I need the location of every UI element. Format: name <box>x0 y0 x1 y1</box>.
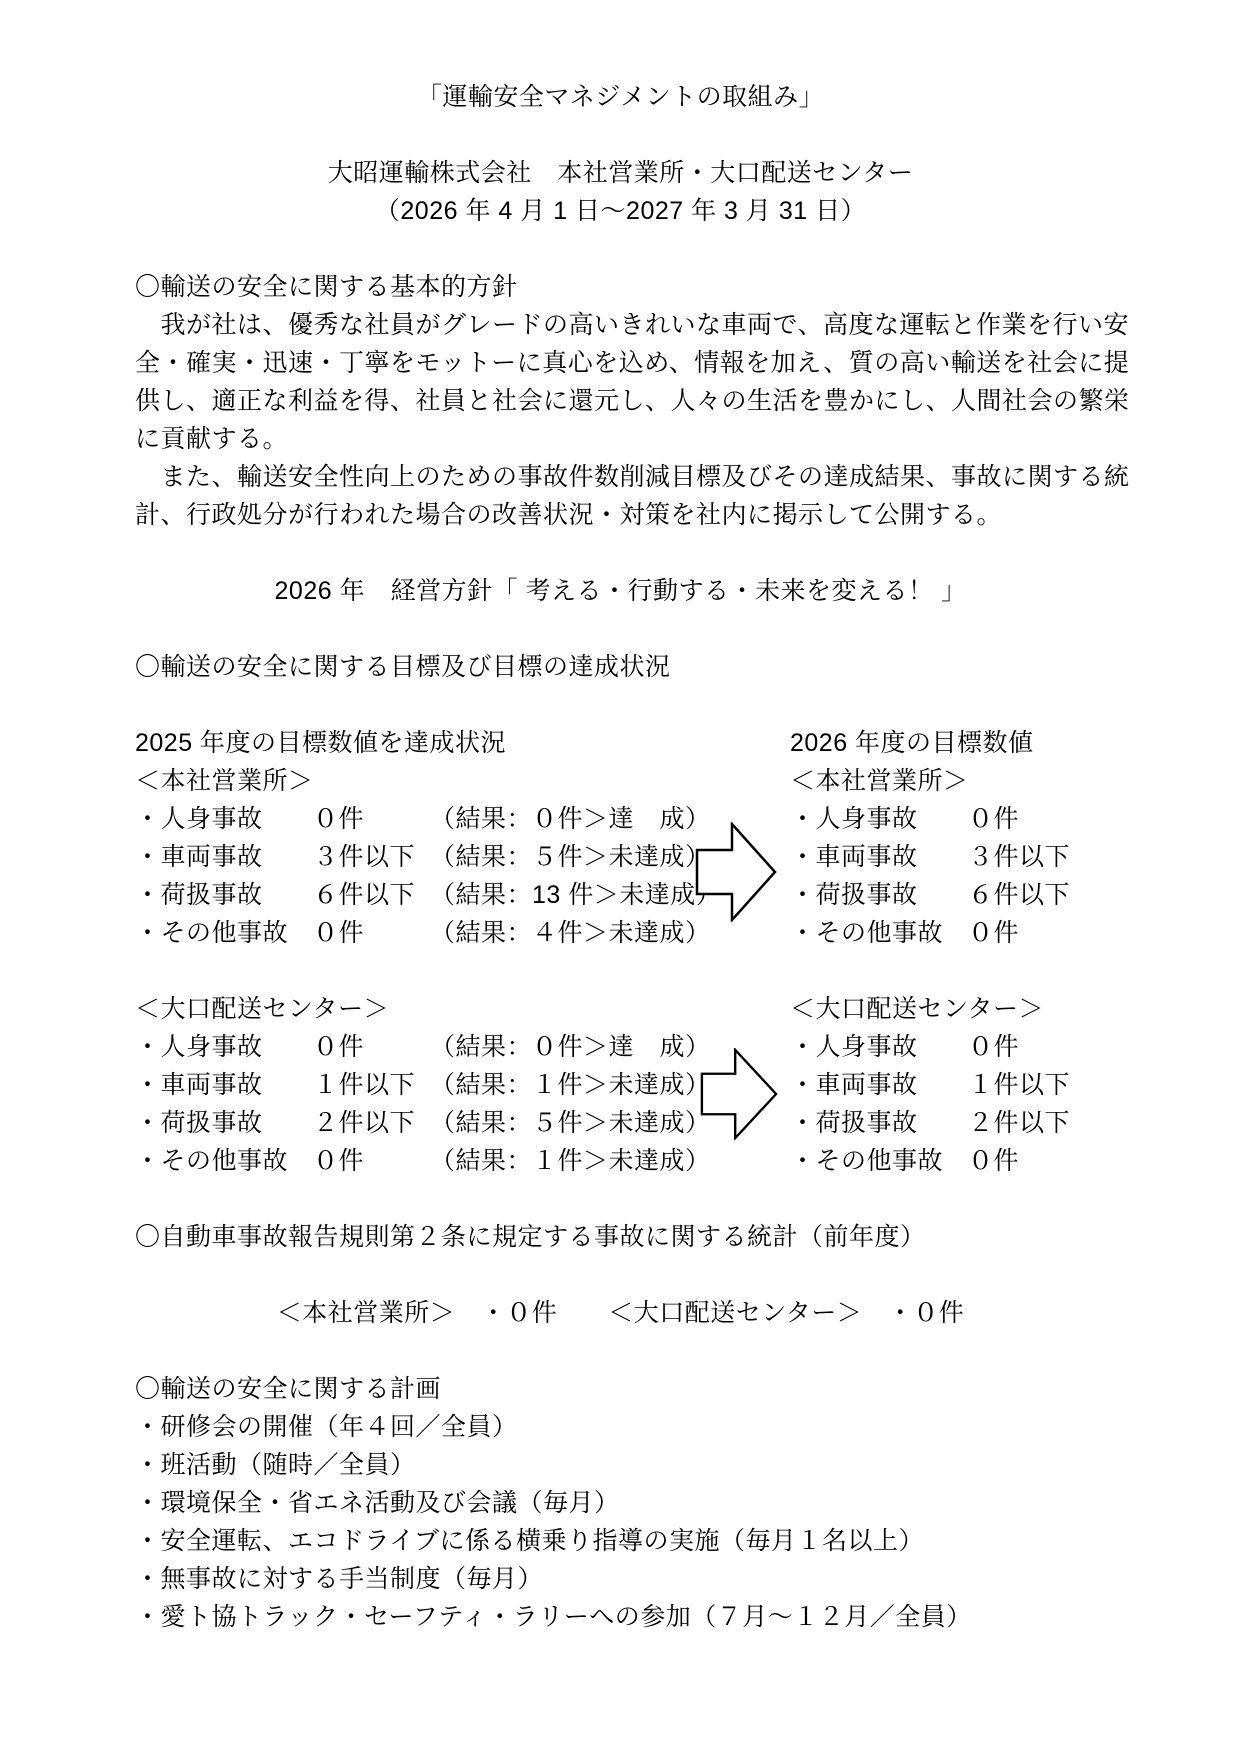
target-value: ０件 <box>313 800 430 838</box>
site-header-row: ＜大口配送センター＞ ＜大口配送センター＞ <box>0 990 1241 1028</box>
target-value: １件以下 <box>313 1066 430 1104</box>
policy-paragraph-line: 計、行政処分が行われた場合の改善状況・対策を社内に掲示して公開する。 <box>0 496 1241 534</box>
target-row: ・その他事故 ０件 （結果：４件＞未達成） ・その他事故 ０件 <box>0 914 1241 952</box>
result-value: （結果：５件＞未達成） <box>430 838 683 876</box>
result-value: （結果：０件＞達 成） <box>430 800 683 838</box>
next-target-value: ０件 <box>968 1028 1241 1066</box>
site-name-left: ＜本社営業所＞ <box>135 762 683 800</box>
accident-type-label: ・車両事故 <box>135 838 313 876</box>
next-target-value: ３件以下 <box>968 838 1241 876</box>
site-header-row: ＜本社営業所＞ ＜本社営業所＞ <box>0 762 1241 800</box>
next-target-value: ２件以下 <box>968 1104 1241 1142</box>
spacer <box>0 1180 1241 1218</box>
next-accident-type-label: ・荷扱事故 <box>790 876 968 914</box>
site-name-right: ＜大口配送センター＞ <box>790 990 1241 1028</box>
accident-type-label: ・車両事故 <box>135 1066 313 1104</box>
result-value: （結果：１件＞未達成） <box>430 1142 683 1180</box>
accident-type-label: ・荷扱事故 <box>135 876 313 914</box>
policy-paragraph-line: に貢献する。 <box>0 420 1241 458</box>
target-row: ・その他事故 ０件 （結果：１件＞未達成） ・その他事故 ０件 <box>0 1142 1241 1180</box>
targets-column-headers: 2025 年度の目標数値を達成状況 2026 年度の目標数値 <box>0 724 1241 762</box>
target-value: ０件 <box>313 914 430 952</box>
result-value: （結果：０件＞達 成） <box>430 1028 683 1066</box>
next-accident-type-label: ・車両事故 <box>790 838 968 876</box>
result-value: （結果：１件＞未達成） <box>430 1066 683 1104</box>
spacer <box>0 116 1241 154</box>
plan-heading: 〇輸送の安全に関する計画 <box>0 1370 1241 1408</box>
result-value: （結果：５件＞未達成） <box>430 1104 683 1142</box>
target-value: ６件以下 <box>313 876 430 914</box>
next-target-value: ６件以下 <box>968 876 1241 914</box>
spacer <box>0 1256 1241 1294</box>
next-target-value: ０件 <box>968 1142 1241 1180</box>
site-name-left: ＜大口配送センター＞ <box>135 990 683 1028</box>
spacer <box>0 610 1241 648</box>
next-accident-type-label: ・人身事故 <box>790 800 968 838</box>
target-row: ・車両事故 ３件以下 （結果：５件＞未達成） ・車両事故 ３件以下 <box>0 838 1241 876</box>
next-accident-type-label: ・車両事故 <box>790 1066 968 1104</box>
target-row: ・車両事故 １件以下 （結果：１件＞未達成） ・車両事故 １件以下 <box>0 1066 1241 1104</box>
slogan-line: 2026 年 経営方針「 考える・行動する・未来を変える！ 」 <box>0 572 1241 610</box>
target-row: ・荷扱事故 ２件以下 （結果：５件＞未達成） ・荷扱事故 ２件以下 <box>0 1104 1241 1142</box>
policy-paragraph-line: 全・確実・迅速・丁寧をモットーに真心を込め、情報を加え、質の高い輸送を社会に提 <box>0 344 1241 382</box>
targets-left-header: 2025 年度の目標数値を達成状況 <box>135 724 683 762</box>
result-value: （結果：４件＞未達成） <box>430 914 683 952</box>
target-value: ０件 <box>313 1142 430 1180</box>
plan-item: ・安全運転、エコドライブに係る横乗り指導の実施（毎月１名以上） <box>0 1522 1241 1560</box>
plan-item: ・研修会の開催（年４回／全員） <box>0 1408 1241 1446</box>
next-accident-type-label: ・その他事故 <box>790 1142 968 1180</box>
next-accident-type-label: ・人身事故 <box>790 1028 968 1066</box>
policy-paragraph-line: 我が社は、優秀な社員がグレードの高いきれいな車両で、高度な運転と作業を行い安 <box>0 306 1241 344</box>
next-target-value: ０件 <box>968 800 1241 838</box>
site-name-right: ＜本社営業所＞ <box>790 762 1241 800</box>
target-value: ０件 <box>313 1028 430 1066</box>
accident-type-label: ・荷扱事故 <box>135 1104 313 1142</box>
target-row: ・人身事故 ０件 （結果：０件＞達 成） ・人身事故 ０件 <box>0 1028 1241 1066</box>
plan-item: ・班活動（随時／全員） <box>0 1446 1241 1484</box>
next-accident-type-label: ・その他事故 <box>790 914 968 952</box>
result-value: （結果：13 件＞未達成） <box>430 876 683 914</box>
spacer <box>0 534 1241 572</box>
report-period: （2026 年 4 月 1 日～2027 年 3 月 31 日） <box>0 192 1241 230</box>
policy-paragraph-line: また、輸送安全性向上のための事故件数削減目標及びその達成結果、事故に関する統 <box>0 458 1241 496</box>
right-block-arrow-icon <box>695 822 777 922</box>
targets-heading: 〇輸送の安全に関する目標及び目標の達成状況 <box>0 648 1241 686</box>
plan-item: ・愛ト協トラック・セーフティ・ラリーへの参加（７月～１２月／全員） <box>0 1598 1241 1636</box>
next-target-value: １件以下 <box>968 1066 1241 1104</box>
target-row: ・荷扱事故 ６件以下 （結果：13 件＞未達成） ・荷扱事故 ６件以下 <box>0 876 1241 914</box>
company-name: 大昭運輸株式会社 本社営業所・大口配送センター <box>0 154 1241 192</box>
accident-type-label: ・その他事故 <box>135 1142 313 1180</box>
doc-title: 「運輸安全マネジメントの取組み」 <box>0 78 1241 116</box>
plan-item: ・無事故に対する手当制度（毎月） <box>0 1560 1241 1598</box>
right-block-arrow-icon <box>700 1048 778 1140</box>
accident-type-label: ・その他事故 <box>135 914 313 952</box>
document-page: 「運輸安全マネジメントの取組み」 大昭運輸株式会社 本社営業所・大口配送センター… <box>0 0 1241 1755</box>
spacer <box>0 952 1241 990</box>
next-target-value: ０件 <box>968 914 1241 952</box>
accident-type-label: ・人身事故 <box>135 800 313 838</box>
target-value: ２件以下 <box>313 1104 430 1142</box>
policy-paragraph-line: 供し、適正な利益を得、社員と社会に還元し、人々の生活を豊かにし、人間社会の繁栄 <box>0 382 1241 420</box>
spacer <box>0 686 1241 724</box>
statistics-heading: 〇自動車事故報告規則第２条に規定する事故に関する統計（前年度） <box>0 1218 1241 1256</box>
accident-type-label: ・人身事故 <box>135 1028 313 1066</box>
targets-right-header: 2026 年度の目標数値 <box>790 724 1241 762</box>
spacer <box>0 230 1241 268</box>
plan-item: ・環境保全・省エネ活動及び会議（毎月） <box>0 1484 1241 1522</box>
policy-heading: 〇輸送の安全に関する基本的方針 <box>0 268 1241 306</box>
next-accident-type-label: ・荷扱事故 <box>790 1104 968 1142</box>
statistics-values: ＜本社営業所＞ ・０件 ＜大口配送センター＞ ・０件 <box>0 1294 1241 1332</box>
target-value: ３件以下 <box>313 838 430 876</box>
target-row: ・人身事故 ０件 （結果：０件＞達 成） ・人身事故 ０件 <box>0 800 1241 838</box>
spacer <box>0 1332 1241 1370</box>
